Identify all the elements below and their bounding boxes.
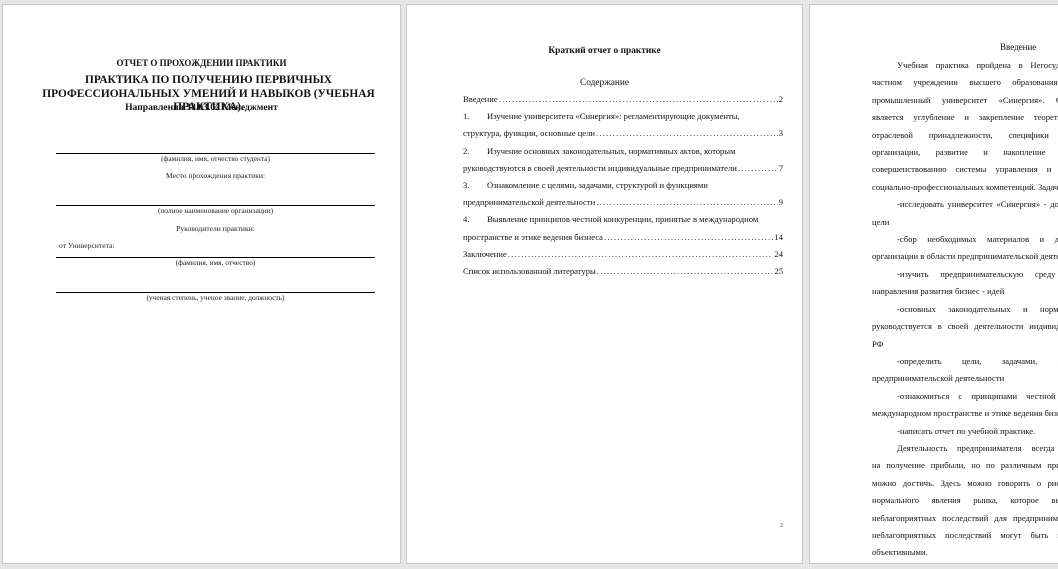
introduction-heading: Введение — [1000, 42, 1036, 52]
paragraph-line: неблагоприятных последствий для предприн… — [872, 510, 1058, 527]
toc-leader-dots: ........................................… — [597, 263, 774, 280]
toc-entry[interactable]: предпринимательской деятельности........… — [463, 194, 783, 211]
toc-entry[interactable]: Введение................................… — [463, 91, 783, 108]
toc-entry-number: 2. — [463, 143, 487, 160]
toc-entry-text: предпринимательской деятельности — [463, 194, 595, 211]
organization-caption: (полное наименование организации) — [56, 206, 375, 215]
supervisors-label: Руководители практики: — [56, 224, 375, 233]
paragraph-line: руководствуется в своей деятельности инд… — [872, 318, 1058, 335]
paragraph-line: -исследовать университет «Синергия» - до… — [872, 196, 1058, 213]
paragraph-line: -основных законодательных и нормативных … — [872, 301, 1058, 318]
toc-entry-page: 14 — [774, 229, 783, 246]
toc-leader-dots: ........................................… — [499, 91, 778, 108]
toc-entry-page: 25 — [774, 263, 783, 280]
toc-entry-number: 4. — [463, 211, 487, 228]
toc-entry-page: 2 — [779, 91, 783, 108]
paragraph-line: направления развития бизнес - идей — [872, 283, 1058, 300]
study-direction: Направления 38.03.02 Менеджмент — [3, 102, 400, 113]
toc-leader-dots: ........................................… — [596, 194, 777, 211]
paragraph-line: РФ — [872, 336, 1058, 353]
university-label: от Университета: — [59, 241, 114, 250]
paragraph-line: нормального явления рынка, которое выраж… — [872, 492, 1058, 509]
student-name-caption: (фамилия, имя, отчество студента) — [56, 154, 375, 163]
toc-leader-dots: ........................................… — [738, 160, 778, 177]
practice-place-label: Место прохождения практики: — [56, 171, 375, 180]
paragraph-line: международном пространстве и этике веден… — [872, 405, 1058, 422]
paragraph-line: является углубление и закрепление теорет… — [872, 109, 1058, 126]
toc-entry[interactable]: Заключение..............................… — [463, 246, 783, 263]
paragraph-line: предпринимательской деятельности — [872, 370, 1058, 387]
document-page-introduction: Введение Учебная практика пройдена в Нег… — [809, 4, 1058, 564]
toc-entry-text: Введение — [463, 91, 498, 108]
paragraph-line: Деятельность предпринимателя всегда напр… — [872, 440, 1058, 457]
toc-entry[interactable]: 4.Выявление принципов честной конкуренци… — [463, 211, 783, 228]
paragraph-line: цели — [872, 214, 1058, 231]
paragraph-line: -ознакомиться с принципами честной конку… — [872, 388, 1058, 405]
brief-report-heading: Краткий отчет о практике — [407, 46, 802, 56]
toc-entry-page: 9 — [779, 194, 783, 211]
paragraph-line: неблагоприятных последствий могут быть к… — [872, 527, 1058, 544]
paragraph-line: на получение прибыли, но по различным пр… — [872, 457, 1058, 474]
introduction-body: Учебная практика пройдена в Негосударств… — [872, 57, 1058, 562]
toc-entry-page: 24 — [774, 246, 783, 263]
toc-entry[interactable]: структура, функции, основные цели.......… — [463, 125, 783, 142]
toc-entry[interactable]: пространстве и этике ведения бизнеса....… — [463, 229, 783, 246]
paragraph-line: -написать отчет по учебной практике. — [872, 423, 1058, 440]
paragraph-line: организации в области предпринимательско… — [872, 248, 1058, 265]
paragraph-line: совершенствованию системы управления и ф… — [872, 161, 1058, 178]
toc-entry-text: Ознакомление с целями, задачами, структу… — [487, 177, 708, 194]
toc-entry[interactable]: 3.Ознакомление с целями, задачами, струк… — [463, 177, 783, 194]
toc-entry-text: Изучение основных законодательных, норма… — [487, 143, 736, 160]
toc-entry[interactable]: Список использованной литературы........… — [463, 263, 783, 280]
paragraph-line: -определить цели, задачами, структуру и … — [872, 353, 1058, 370]
paragraph-line: организации, развитие и накопление творч… — [872, 144, 1058, 161]
paragraph-line: промышленный университет «Синергия». Осн… — [872, 92, 1058, 109]
supervisor-name-caption: (фамилия, имя, отчество) — [56, 258, 375, 267]
toc-leader-dots: ........................................… — [604, 229, 773, 246]
toc-entry-page: 7 — [779, 160, 783, 177]
toc-entry-number: 3. — [463, 177, 487, 194]
paragraph-line: объективными. — [872, 544, 1058, 561]
paragraph-line: можно достичь. Здесь можно говорить о ри… — [872, 475, 1058, 492]
paragraph-line: -изучить предпринимательскую среду униве… — [872, 266, 1058, 283]
toc-entry[interactable]: руководствуются в своей деятельности инд… — [463, 160, 783, 177]
toc-entry-text: структура, функции, основные цели — [463, 125, 595, 142]
toc-entry-text: руководствуются в своей деятельности инд… — [463, 160, 737, 177]
page-number: 2 — [780, 523, 783, 529]
degree-caption: (ученая степень, ученое звание, должност… — [56, 293, 375, 302]
table-of-contents: Введение................................… — [463, 91, 783, 280]
toc-entry-text: Выявление принципов честной конкуренции,… — [487, 211, 758, 228]
toc-entry[interactable]: 1.Изучение университета «Синергия»: регл… — [463, 108, 783, 125]
toc-title: Содержание — [407, 78, 802, 88]
toc-entry-text: пространстве и этике ведения бизнеса — [463, 229, 603, 246]
document-page-title: ОТЧЕТ О ПРОХОЖДЕНИИ ПРАКТИКИ ПРАКТИКА ПО… — [2, 4, 401, 564]
report-title: ОТЧЕТ О ПРОХОЖДЕНИИ ПРАКТИКИ — [3, 58, 400, 68]
toc-entry-text: Изучение университета «Синергия»: реглам… — [487, 108, 740, 125]
document-page-toc: Краткий отчет о практике Содержание Введ… — [406, 4, 803, 564]
toc-leader-dots: ........................................… — [508, 246, 774, 263]
toc-entry-text: Список использованной литературы — [463, 263, 596, 280]
toc-entry-page: 3 — [779, 125, 783, 142]
paragraph-line: частном учреждении высшего образования «… — [872, 74, 1058, 91]
paragraph-line: социально-профессиональных компетенций. … — [872, 179, 1058, 196]
paragraph-line: -сбор необходимых материалов и документо… — [872, 231, 1058, 248]
paragraph-line: отраслевой принадлежности, специфики дея… — [872, 127, 1058, 144]
toc-entry-text: Заключение — [463, 246, 507, 263]
paragraph-line: Учебная практика пройдена в Негосударств… — [872, 57, 1058, 74]
toc-entry[interactable]: 2.Изучение основных законодательных, нор… — [463, 143, 783, 160]
toc-entry-number: 1. — [463, 108, 487, 125]
toc-leader-dots: ........................................… — [596, 125, 778, 142]
